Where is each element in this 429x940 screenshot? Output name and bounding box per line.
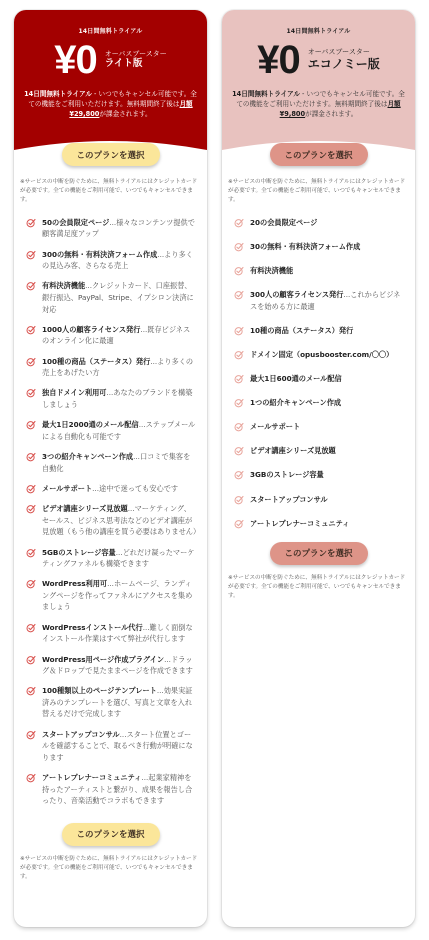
feature-item: 10種の商品（ステータス）発行 [234,325,405,337]
check-circle-icon [26,452,36,462]
check-circle-icon [234,218,244,228]
feature-text: 独自ドメイン利用可...あなたのブランドを構築しましょう [42,387,197,410]
trial-tag: 14日間無料トライアル [222,26,415,35]
feature-item: スタートアップコンサル [234,494,405,506]
feature-text: アートレプレナーコミュニティ...起業家精神を持ったアーティストと繋がり、成果を… [42,772,197,807]
feature-item: 有料決済機能 [234,265,405,277]
feature-title: 20の会員限定ページ [250,218,317,227]
check-circle-icon [234,495,244,505]
feature-item: 20の会員限定ページ [234,217,405,229]
feature-title: WordPress利用可 [42,579,107,588]
feature-title: メールサポート [250,422,300,431]
feature-text: 20の会員限定ページ [250,217,317,229]
check-circle-icon [234,470,244,480]
feature-title: 300人の顧客ライセンス発行 [250,290,343,299]
feature-title: 30の無料・有料決済フォーム作成 [250,242,360,251]
feature-detail: ...途中で迷っても安心です [92,484,178,493]
feature-title: 100種類以上のページテンプレート [42,686,157,695]
desc-end: が課金されます。 [99,110,151,118]
feature-text: 有料決済機能...クレジットカード、口座振替、銀行振込、PayPal、Strip… [42,280,197,315]
plan-description: 14日間無料トライアル - いつでもキャンセル可能です。全ての機能をご利用いただ… [24,89,197,120]
feature-title: ドメイン固定（opusbooster.com/〇〇） [250,350,393,359]
check-circle-icon [26,281,36,291]
check-circle-icon [234,446,244,456]
feature-title: アートレプレナーコミュニティ [42,773,141,782]
feature-title: 300の無料・有料決済フォーム作成 [42,250,157,259]
price: ¥0 [257,40,300,80]
feature-title: 3つの紹介キャンペーン作成 [42,452,133,461]
feature-title: 10種の商品（ステータス）発行 [250,326,353,335]
feature-item: スタートアップコンサル...スタート位置とゴールを確認することで、取るべき行動が… [26,729,197,764]
check-circle-icon [234,290,244,300]
trial-note-bottom: ※サービスの中断を防ぐために、無料トライアルにはクレジットカードが必要です。全て… [222,574,415,601]
check-circle-icon [26,420,36,430]
feature-item: ドメイン固定（opusbooster.com/〇〇） [234,349,405,361]
feature-title: 1000人の顧客ライセンス発行 [42,325,140,334]
feature-item: 有料決済機能...クレジットカード、口座振替、銀行振込、PayPal、Strip… [26,280,197,315]
check-circle-icon [26,388,36,398]
trial-tag: 14日間無料トライアル [14,26,207,35]
select-plan-button-economy-bottom[interactable]: このプランを選択 [270,542,368,565]
feature-text: WordPress用ページ作成プラグイン...ドラッグ＆ドロップで見たままページ… [42,654,197,677]
feature-item: メールサポート [234,421,405,433]
feature-item: WordPress利用可...ホームページ、ランディングページを作ってファネルに… [26,578,197,613]
feature-text: ビデオ講座シリーズ見放題...マーケティング、セールス、ビジネス思考法などのビデ… [42,503,197,538]
check-circle-icon [234,326,244,336]
check-circle-icon [234,422,244,432]
feature-item: ビデオ講座シリーズ見放題 [234,445,405,457]
feature-title: 最大1日600通のメール配信 [250,374,342,383]
feature-item: 1000人の顧客ライセンス発行...既存ビジネスのオンライン化に最適 [26,324,197,347]
feature-title: ビデオ講座シリーズ見放題 [42,504,128,513]
select-plan-button-lite-bottom[interactable]: このプランを選択 [62,823,160,846]
desc-bold: 14日間無料トライアル [232,90,300,98]
trial-note: ※サービスの中断を防ぐために、無料トライアルにはクレジットカードが必要です。全て… [14,178,207,205]
feature-item: 30の無料・有料決済フォーム作成 [234,241,405,253]
price: ¥0 [54,40,97,80]
feature-item: メールサポート...途中で迷っても安心です [26,483,197,495]
feature-title: 3GBのストレージ容量 [250,470,324,479]
feature-item: WordPressインストール代行...難しく面倒なインストール作業はすべて弊社… [26,622,197,645]
check-circle-icon [26,686,36,696]
feature-item: WordPress用ページ作成プラグイン...ドラッグ＆ドロップで見たままページ… [26,654,197,677]
check-circle-icon [26,548,36,558]
plan-description: 14日間無料トライアル - いつでもキャンセル可能です。全ての機能をご利用いただ… [232,89,405,120]
feature-text: 10種の商品（ステータス）発行 [250,325,353,337]
feature-item: 100種の商品（ステータス）発行...より多くの売上をあげたい方 [26,356,197,379]
check-circle-icon [234,519,244,529]
check-circle-icon [26,218,36,228]
check-circle-icon [234,398,244,408]
feature-item: 3つの紹介キャンペーン作成...口コミで集客を自動化 [26,451,197,474]
plan-edition: ライト版 [105,58,167,70]
feature-item: 300人の顧客ライセンス発行...これからビジネスを始める方に最適 [234,289,405,312]
feature-title: 最大1日2000通のメール配信 [42,420,139,429]
feature-title: 50の会員限定ページ [42,218,109,227]
plan-hero-economy: 14日間無料トライアル ¥0 オーパスブースター エコノミー版 14日間無料トラ… [222,10,415,170]
check-circle-icon [26,504,36,514]
feature-item: 300の無料・有料決済フォーム作成...より多くの見込み客、さらなる売上 [26,249,197,272]
feature-title: WordPress用ページ作成プラグイン [42,655,164,664]
feature-text: 30の無料・有料決済フォーム作成 [250,241,360,253]
feature-item: 独自ドメイン利用可...あなたのブランドを構築しましょう [26,387,197,410]
feature-item: アートレプレナーコミュニティ...起業家精神を持ったアーティストと繋がり、成果を… [26,772,197,807]
trial-note-bottom: ※サービスの中断を防ぐために、無料トライアルにはクレジットカードが必要です。全て… [14,855,207,882]
check-circle-icon [26,655,36,665]
check-circle-icon [26,250,36,260]
feature-text: メールサポート [250,421,300,433]
feature-item: 3GBのストレージ容量 [234,469,405,481]
desc-end: が課金されます。 [305,110,357,118]
feature-text: 50の会員限定ページ...様々なコンテンツ提供で顧客満足度アップ [42,217,197,240]
feature-title: メールサポート [42,484,92,493]
check-circle-icon [26,623,36,633]
feature-text: WordPressインストール代行...難しく面倒なインストール作業はすべて弊社… [42,622,197,645]
feature-text: 1000人の顧客ライセンス発行...既存ビジネスのオンライン化に最適 [42,324,197,347]
feature-text: スタートアップコンサル [250,494,328,506]
feature-title: 5GBのストレージ容量 [42,548,116,557]
feature-title: 1つの紹介キャンペーン作成 [250,398,341,407]
plan-card-lite: 14日間無料トライアル ¥0 オーパスブースター ライト版 14日間無料トライア… [14,10,207,927]
check-circle-icon [234,350,244,360]
feature-title: WordPressインストール代行 [42,623,143,632]
feature-item: アートレプレナーコミュニティ [234,518,405,530]
feature-text: 最大1日600通のメール配信 [250,373,342,385]
feature-text: アートレプレナーコミュニティ [250,518,349,530]
feature-text: 100種類以上のページテンプレート...効果実証済みのテンプレートを選び、写真と… [42,685,197,720]
feature-item: 100種類以上のページテンプレート...効果実証済みのテンプレートを選び、写真と… [26,685,197,720]
feature-item: 5GBのストレージ容量...どれだけ凝ったマーケティングファネルも構築できます [26,547,197,570]
feature-item: 1つの紹介キャンペーン作成 [234,397,405,409]
check-circle-icon [26,730,36,740]
feature-text: 5GBのストレージ容量...どれだけ凝ったマーケティングファネルも構築できます [42,547,197,570]
feature-title: ビデオ講座シリーズ見放題 [250,446,336,455]
feature-text: 最大1日2000通のメール配信...ステップメールによる自動化も可能です [42,419,197,442]
feature-title: 有料決済機能 [250,266,293,275]
feature-title: 独自ドメイン利用可 [42,388,106,397]
check-circle-icon [26,773,36,783]
feature-list-lite: 50の会員限定ページ...様々なコンテンツ提供で顧客満足度アップ300の無料・有… [14,217,207,807]
plan-edition: エコノミー版 [308,57,380,72]
feature-item: 最大1日600通のメール配信 [234,373,405,385]
feature-title: 100種の商品（ステータス）発行 [42,357,150,366]
plan-brand: オーパスブースター [308,48,380,57]
feature-title: スタートアップコンサル [250,495,328,504]
feature-text: 300の無料・有料決済フォーム作成...より多くの見込み客、さらなる売上 [42,249,197,272]
check-circle-icon [234,266,244,276]
feature-text: ビデオ講座シリーズ見放題 [250,445,336,457]
feature-list-economy: 20の会員限定ページ30の無料・有料決済フォーム作成有料決済機能300人の顧客ラ… [222,217,415,529]
feature-item: 最大1日2000通のメール配信...ステップメールによる自動化も可能です [26,419,197,442]
feature-item: ビデオ講座シリーズ見放題...マーケティング、セールス、ビジネス思考法などのビデ… [26,503,197,538]
check-circle-icon [26,325,36,335]
check-circle-icon [234,242,244,252]
trial-note: ※サービスの中断を防ぐために、無料トライアルにはクレジットカードが必要です。全て… [222,178,415,205]
feature-text: 有料決済機能 [250,265,293,277]
feature-text: 100種の商品（ステータス）発行...より多くの売上をあげたい方 [42,356,197,379]
desc-bold: 14日間無料トライアル [24,90,92,98]
feature-text: メールサポート...途中で迷っても安心です [42,483,178,495]
select-plan-button-economy-top[interactable]: このプランを選択 [270,143,368,166]
feature-text: 1つの紹介キャンペーン作成 [250,397,341,409]
feature-title: 有料決済機能 [42,281,85,290]
check-circle-icon [26,357,36,367]
check-circle-icon [26,484,36,494]
feature-text: WordPress利用可...ホームページ、ランディングページを作ってファネルに… [42,578,197,613]
select-plan-button-lite-top[interactable]: このプランを選択 [62,143,160,166]
feature-text: 3GBのストレージ容量 [250,469,324,481]
feature-title: アートレプレナーコミュニティ [250,519,349,528]
pricing-page: 14日間無料トライアル ¥0 オーパスブースター ライト版 14日間無料トライア… [0,0,429,940]
check-circle-icon [234,374,244,384]
plan-hero-lite: 14日間無料トライアル ¥0 オーパスブースター ライト版 14日間無料トライア… [14,10,207,170]
check-circle-icon [26,579,36,589]
feature-text: 3つの紹介キャンペーン作成...口コミで集客を自動化 [42,451,197,474]
feature-title: スタートアップコンサル [42,730,120,739]
feature-item: 50の会員限定ページ...様々なコンテンツ提供で顧客満足度アップ [26,217,197,240]
feature-text: スタートアップコンサル...スタート位置とゴールを確認することで、取るべき行動が… [42,729,197,764]
plan-card-economy: 14日間無料トライアル ¥0 オーパスブースター エコノミー版 14日間無料トラ… [222,10,415,927]
feature-text: 300人の顧客ライセンス発行...これからビジネスを始める方に最適 [250,289,405,312]
feature-text: ドメイン固定（opusbooster.com/〇〇） [250,349,393,361]
